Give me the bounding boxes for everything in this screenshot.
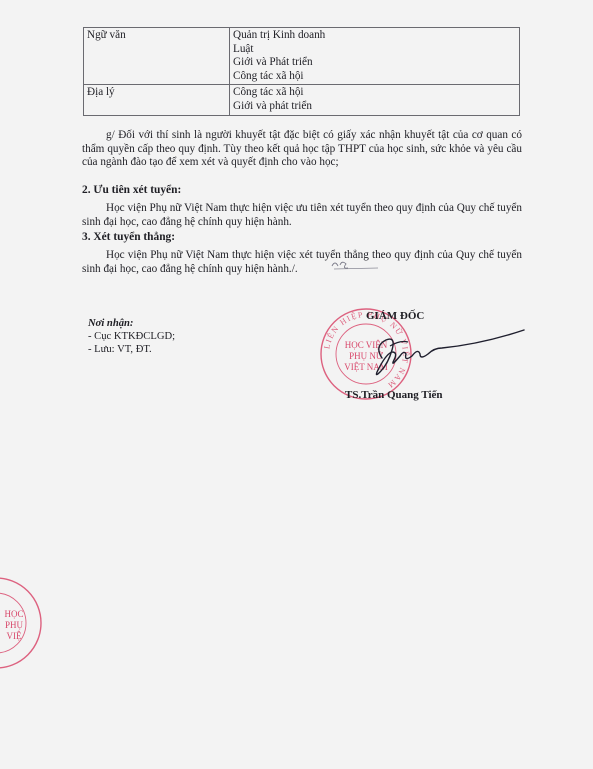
subject-cell: Địa lý bbox=[84, 85, 230, 115]
major-item: Công tác xã hội bbox=[233, 70, 515, 84]
svg-text:PHỤ: PHỤ bbox=[5, 620, 24, 630]
subject-major-table: Ngữ văn Quản trị Kinh doanh Luật Giới và… bbox=[83, 27, 520, 116]
majors-cell: Công tác xã hội Giới và phát triển bbox=[230, 85, 520, 115]
major-item: Giới và phát triển bbox=[233, 100, 515, 114]
section-3-body: Học viện Phụ nữ Việt Nam thực hiện việc … bbox=[82, 249, 522, 276]
major-item: Công tác xã hội bbox=[233, 86, 515, 100]
recipients-block: Nơi nhận: - Cục KTKĐCLGD; - Lưu: VT, ĐT. bbox=[88, 317, 175, 356]
signer-title: GIÁM ĐỐC bbox=[366, 310, 424, 322]
section-3-heading: 3. Xét tuyển thẳng: bbox=[82, 231, 175, 243]
major-item: Giới và Phát triển bbox=[233, 56, 515, 70]
majors-cell: Quản trị Kinh doanh Luật Giới và Phát tr… bbox=[230, 28, 520, 85]
handwritten-mark bbox=[330, 257, 380, 276]
section-2-heading: 2. Ưu tiên xét tuyển: bbox=[82, 184, 181, 196]
edge-stamp: LIÊN HIỆP HỌC PHỤ VIỆ bbox=[0, 575, 44, 671]
item-g-paragraph: g/ Đối với thí sinh là người khuyết tật … bbox=[82, 129, 522, 170]
recipients-title: Nơi nhận: bbox=[88, 317, 175, 330]
recipient-item: - Lưu: VT, ĐT. bbox=[88, 343, 175, 356]
major-item: Quản trị Kinh doanh bbox=[233, 29, 515, 43]
document-page: Ngữ văn Quản trị Kinh doanh Luật Giới và… bbox=[0, 0, 593, 769]
svg-text:VIỆ: VIỆ bbox=[7, 631, 22, 641]
table-row: Địa lý Công tác xã hội Giới và phát triể… bbox=[84, 85, 520, 115]
subject-cell: Ngữ văn bbox=[84, 28, 230, 85]
table-row: Ngữ văn Quản trị Kinh doanh Luật Giới và… bbox=[84, 28, 520, 85]
svg-text:HỌC: HỌC bbox=[4, 609, 23, 619]
major-item: Luật bbox=[233, 43, 515, 57]
recipient-item: - Cục KTKĐCLGD; bbox=[88, 330, 175, 343]
section-2-body: Học viện Phụ nữ Việt Nam thực hiện việc … bbox=[82, 202, 522, 229]
signer-name: TS.Trần Quang Tiến bbox=[345, 389, 443, 401]
handwritten-signature bbox=[368, 326, 528, 391]
